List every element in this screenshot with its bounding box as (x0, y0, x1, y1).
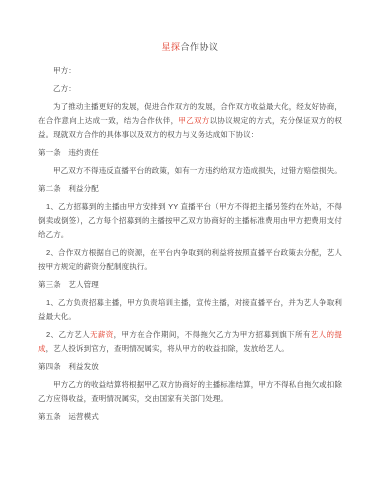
text-segment: 甲乙双方不得违反直播平台的政策，如有一方违约给双方造成损失，过错方赔偿损失。 (53, 166, 342, 175)
text-segment: 1、乙方招募到的主播由甲方安排到 YY 直播平台（甲方不得把主播另签约在外站，不… (38, 202, 342, 239)
highlighted-text: 无薪资 (90, 330, 114, 339)
text-segment: 合作协议 (181, 42, 219, 52)
text-segment: 第五条 运营模式 (38, 412, 99, 421)
section-5-heading: 第五条 运营模式 (38, 410, 342, 424)
text-segment: 第四条 利益发放 (38, 362, 99, 371)
text-segment: 甲方： (53, 66, 76, 75)
text-segment: ，艺人投诉到官方，查明情况属实，将从甲方的收益扣除，发放给艺人。 (46, 344, 289, 353)
document-title: 星探合作协议 (38, 40, 342, 54)
section-3-heading: 第三条 艺人管理 (38, 278, 342, 292)
section-1-heading: 第一条 违约责任 (38, 146, 342, 160)
highlighted-text: 星探 (161, 42, 180, 52)
text-segment: 甲方乙方的收益结算将根据甲乙双方协商好的主播标准结算，甲方不得私自拖欠或扣除乙方… (38, 380, 342, 403)
highlighted-text: 甲乙双方 (178, 116, 209, 125)
party-a-line: 甲方： (38, 64, 342, 78)
text-segment: 1、乙方负责招募主播，甲方负责培训主播，宣传主播，对接直播平台，并为艺人争取利益… (38, 298, 342, 321)
preamble-paragraph: 为了推动主播更好的发展，促进合作双方的发展，合作双方收益最大化，经友好协商，在合… (38, 100, 342, 142)
section-3-item-1: 1、乙方负责招募主播，甲方负责培训主播，宣传主播，对接直播平台，并为艺人争取利益… (38, 296, 342, 324)
party-b-line: 乙方： (38, 82, 342, 96)
section-1-body: 甲乙双方不得违反直播平台的政策，如有一方违约给双方造成损失，过错方赔偿损失。 (38, 164, 342, 178)
section-2-item-2: 2、合作双方根据自己的资源，在平台内争取到的利益将按照直播平台政策去分配，艺人按… (38, 246, 342, 274)
section-2-heading: 第二条 利益分配 (38, 182, 342, 196)
text-segment: 第二条 利益分配 (38, 184, 99, 193)
document-page: 星探合作协议 甲方： 乙方： 为了推动主播更好的发展，促进合作双方的发展，合作双… (0, 0, 380, 492)
text-segment: 2、合作双方根据自己的资源，在平台内争取到的利益将按照直播平台政策去分配，艺人按… (38, 248, 342, 271)
text-segment: ，甲方在合作期间，不得拖欠乙方为甲方招募到旗下所有 (114, 330, 311, 339)
text-segment: 乙方： (53, 84, 76, 93)
text-segment: 2、乙方艺人 (46, 330, 90, 339)
section-2-item-1: 1、乙方招募到的主播由甲方安排到 YY 直播平台（甲方不得把主播另签约在外站，不… (38, 200, 342, 242)
text-segment: 第一条 违约责任 (38, 148, 99, 157)
section-4-heading: 第四条 利益发放 (38, 360, 342, 374)
section-4-body: 甲方乙方的收益结算将根据甲乙双方协商好的主播标准结算，甲方不得私自拖欠或扣除乙方… (38, 378, 342, 406)
text-segment: 第三条 艺人管理 (38, 280, 99, 289)
section-3-item-2: 2、乙方艺人无薪资，甲方在合作期间，不得拖欠乙方为甲方招募到旗下所有艺人的提成，… (38, 328, 342, 356)
